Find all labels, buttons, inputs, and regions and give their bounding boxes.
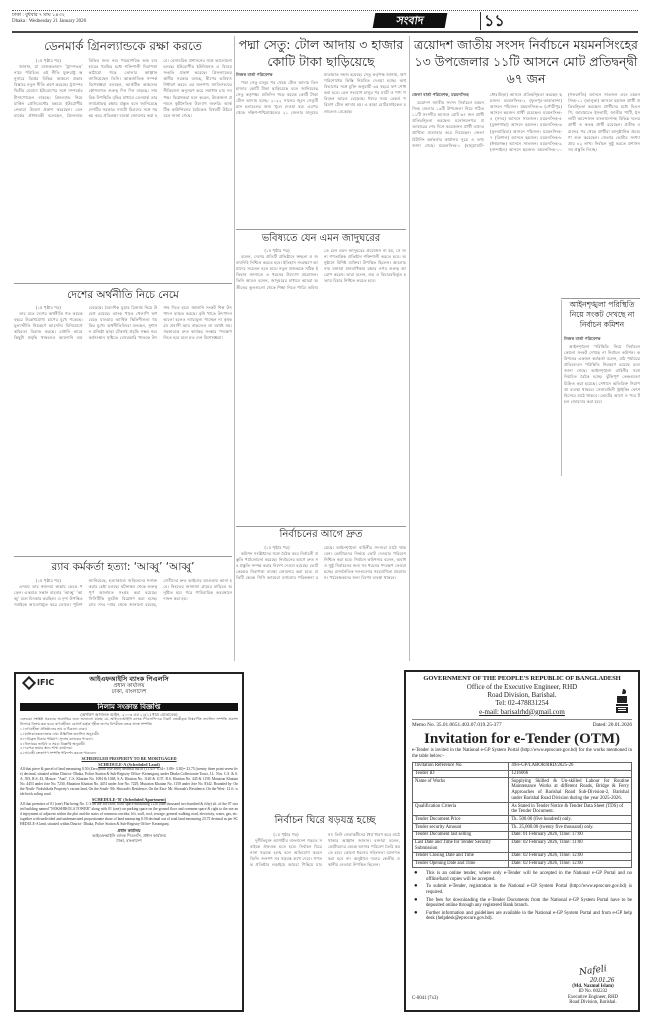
tender-intro: e-Tender is invited in the National e-GP…: [412, 748, 632, 760]
section-rule: [14, 556, 232, 557]
masthead: ঢাকা : বুধবার ৭ মাঘ ১৪৩২ Dhaka : Wednesd…: [0, 0, 650, 32]
ific-bank-info: আইএফআইসি ব্যাংক পিএলসি প্রধান কার্যালয় …: [70, 676, 188, 696]
division-name: Road Division, Barishal.: [412, 691, 632, 699]
tender-notes: ●This is an online tender, where only e-…: [412, 871, 632, 922]
article-text: বলেন, দেশের প্রতিটি প্রতিষ্ঠানে স্বচ্ছতা…: [236, 248, 406, 291]
byline: নিজস্ব বার্তা পরিবেশক: [564, 336, 640, 342]
bullet-icon: ●: [412, 911, 426, 923]
article-election-fast-body: (১ম পৃষ্ঠার পর) কমিশন সংশ্লিষ্টদের সঙ্গে…: [236, 545, 406, 807]
ific-diamond-icon: [22, 676, 36, 690]
table-row: Tender Closing Date and TimeDate: 02 Feb…: [413, 852, 632, 860]
article-text: পদ্মা সেতু চালুর পর থেকে টোল আদায় তিন হ…: [236, 72, 406, 117]
schedule-b-text: All that premises of 01 (one) Flat being…: [20, 802, 238, 827]
bullet-icon: ●: [412, 884, 426, 896]
headline-rab: র‍্যাব কর্মকর্তা হত্যা: ‘আব্বু’ ‘আব্বু’: [14, 560, 232, 574]
bullet-icon: ●: [412, 871, 426, 883]
note-item: ●Further information and guidelines are …: [412, 911, 632, 923]
article-text: জানান, যা যাজকতাবাদ ‘ট্রাম্পতন্ত্র’ নামে…: [14, 58, 232, 119]
article-denmark-body: (১ম পৃষ্ঠার পর) জানান, যা যাজকতাবাদ ‘ট্র…: [14, 58, 232, 273]
headline-denmark: ডেনমার্ক গ্রিনল্যান্ডকে রক্ষা করতে: [14, 38, 232, 54]
article-padma-body: নিজস্ব বার্তা পরিবেশক পদ্মা সেতু চালুর প…: [236, 72, 406, 228]
signatory-division: Road Division, Barishal.: [558, 1000, 628, 1006]
ific-signature: প্রধান কার্যালয় আইএফআইসি ব্যাংক পিএলসি,…: [20, 828, 238, 843]
article-text: দুর্নীতিমুক্ত আগামীর বাংলাদেশ গড়তে সবাই…: [250, 832, 400, 869]
govt-emblem-icon: [614, 688, 630, 714]
ific-logo-text: IFIC: [37, 676, 54, 690]
schedule-a-text: All that piece & parcel of land measurin…: [20, 767, 238, 796]
article-conspiracy-body: (১ম পৃষ্ঠার পর) দুর্নীতিমুক্ত আগামীর বাং…: [250, 832, 400, 1012]
section-rule: [236, 526, 406, 527]
masthead-rule: [12, 31, 638, 33]
section-rule: [236, 229, 406, 230]
byline: জেলা বার্তা পরিবেশক, ময়মনসিংহ: [412, 92, 484, 98]
column-rule: [234, 36, 235, 661]
article-text: ত্রয়োদশ জাতীয় সংসদ নির্বাচনে ময়মনসিংহ…: [412, 92, 640, 153]
section-rule: [14, 283, 232, 284]
headline-economy: দেশের অর্থনীতি নিচে নেমে: [14, 288, 232, 302]
memo-row: Memo No. 35.01.0651.403.07.019.25-377 Da…: [412, 719, 632, 729]
headline-museum: ভবিষ্যতে যেন এমন জাদুঘরের: [236, 232, 406, 246]
ific-auction-ad: IFIC আইএফআইসি ব্যাংক পিএলসি প্রধান কার্য…: [14, 672, 244, 1012]
table-row: Last Date and Time for Tender Security S…: [413, 839, 632, 852]
office-info: Office of the Executive Engineer, RHD Ro…: [412, 683, 632, 716]
rhd-etender-ad: GOVERNMENT OF THE PEOPLE'S REPUBLIC OF B…: [404, 670, 640, 1012]
bank-address: ঢাকা, বাংলাদেশ: [70, 689, 188, 696]
masthead-dotted-rule: [12, 10, 638, 11]
office-name: Office of the Executive Engineer, RHD: [412, 683, 632, 691]
article-economy-body: (১ম পৃষ্ঠার পর) তার মতে দেশের অর্থনীতি গ…: [14, 305, 232, 553]
article-text: আইনশৃঙ্খলা পরিস্থিতি নিয়ে নির্বাচনে কোন…: [564, 344, 640, 405]
ific-body: এতদ্বারা সংশ্লিষ্ট সকলের অবগতির জন্য জান…: [20, 717, 238, 826]
government-title: GOVERNMENT OF THE PEOPLE'S REPUBLIC OF B…: [412, 675, 632, 683]
headline-conspiracy: নির্বাচন ঘিরে ষড়যন্ত্র হচ্ছে: [250, 814, 400, 828]
telephone: Tel: 02-478831254: [412, 699, 632, 707]
note-item: ●The fees for downloading the e-Tender D…: [412, 898, 632, 910]
signature-block: Nafeli 20.01.26 (Md. Nazmul Islam) ID No…: [558, 966, 628, 1006]
headline-law-order: আইনশৃঙ্খলা পরিস্থিতি নিয়ে সংকট দেখছে না…: [564, 300, 640, 330]
table-row: Tender security AmountTk. 25,000.00 (twe…: [413, 824, 632, 832]
article-museum-body: (১ম পৃষ্ঠার পর) বলেন, দেশের প্রতিটি প্রত…: [236, 248, 406, 523]
headline-padma: পদ্মা সেতু: টোল আদায় ৩ হাজার কোটি টাকা …: [236, 36, 406, 70]
article-rab-body: (১ম পৃষ্ঠার পর) এসময় তার স্বজনরা কান্না…: [14, 578, 232, 666]
ific-logo: IFIC: [20, 676, 70, 690]
masthead-separator: [480, 12, 481, 30]
column-rule: [561, 300, 562, 476]
note-item: ●This is an online tender, where only e-…: [412, 871, 632, 883]
table-row: Tender Document PriceTk. 500.00 (five hu…: [413, 816, 632, 824]
tender-table: Invitation Reference No.49/e-GP/LABOR/BR…: [412, 762, 632, 869]
table-row: Tender Document last sellingDate: 01 Feb…: [413, 831, 632, 839]
table-row: Invitation Reference No.49/e-GP/LABOR/BR…: [413, 762, 632, 770]
tender-footer: C-0041 (7x3) Nafeli 20.01.26 (Md. Nazmul…: [412, 960, 632, 1006]
bullet-icon: ●: [412, 898, 426, 910]
headline-mymensingh: ত্রয়োদশ জাতীয় সংসদ নির্বাচনে ময়মনসিংহ…: [412, 36, 640, 87]
date-english: Dhaka : Wednesday 21 January 2026: [12, 19, 86, 25]
masthead-date: ঢাকা : বুধবার ৭ মাঘ ১৪৩২ Dhaka : Wednesd…: [12, 13, 86, 25]
table-row: Tender ID1216066: [413, 770, 632, 778]
signatory-address: ঢাকা, বাংলাদেশ: [20, 838, 238, 843]
section-rule: [561, 298, 640, 299]
ad-code: C-0041 (7x3): [412, 996, 438, 1002]
table-row: Qualification CriteriaAs Stated in Tende…: [413, 803, 632, 816]
note-item: ●To submit e-Tender, registration in the…: [412, 884, 632, 896]
table-row: Name of WorksSupplying Skilled & Un-skil…: [413, 778, 632, 803]
tender-title: Invitation for e-Tender (OTM): [412, 730, 632, 748]
email-link[interactable]: e-mail: barisalrhd@gmail.com: [412, 708, 632, 716]
ific-intro: এতদ্বারা সংশ্লিষ্ট সকলের অবগতির জন্য জান…: [20, 717, 238, 727]
headline-election-fast: নির্বাচনের আগে দ্রুত: [236, 528, 406, 542]
memo-number: Memo No. 35.01.0651.403.07.019.25-377: [412, 722, 502, 729]
table-row: Tender Opening Date and TimeDate: 02 Feb…: [413, 860, 632, 868]
memo-date: Dated: 20.01.2026: [593, 722, 632, 729]
column-rule: [409, 36, 410, 661]
article-text: কমিশন সংশ্লিষ্টদের সঙ্গে বৈঠক করে নির্বা…: [236, 545, 406, 582]
ific-header: IFIC আইএফআইসি ব্যাংক পিএলসি প্রধান কার্য…: [20, 676, 238, 702]
byline: নিজস্ব বার্তা পরিবেশক: [236, 72, 318, 78]
article-law-order-body: নিজস্ব বার্তা পরিবেশক আইনশৃঙ্খলা পরিস্থি…: [564, 336, 640, 476]
auction-banner: নিলাম সংক্রান্ত বিজ্ঞপ্তি: [20, 703, 238, 711]
newspaper-logo: সংবাদ: [373, 13, 448, 28]
page-number: ১১: [484, 12, 506, 30]
article-text: তার মতে দেশের অর্থনীতি গত কয়েক বছরে উল্…: [14, 305, 232, 342]
